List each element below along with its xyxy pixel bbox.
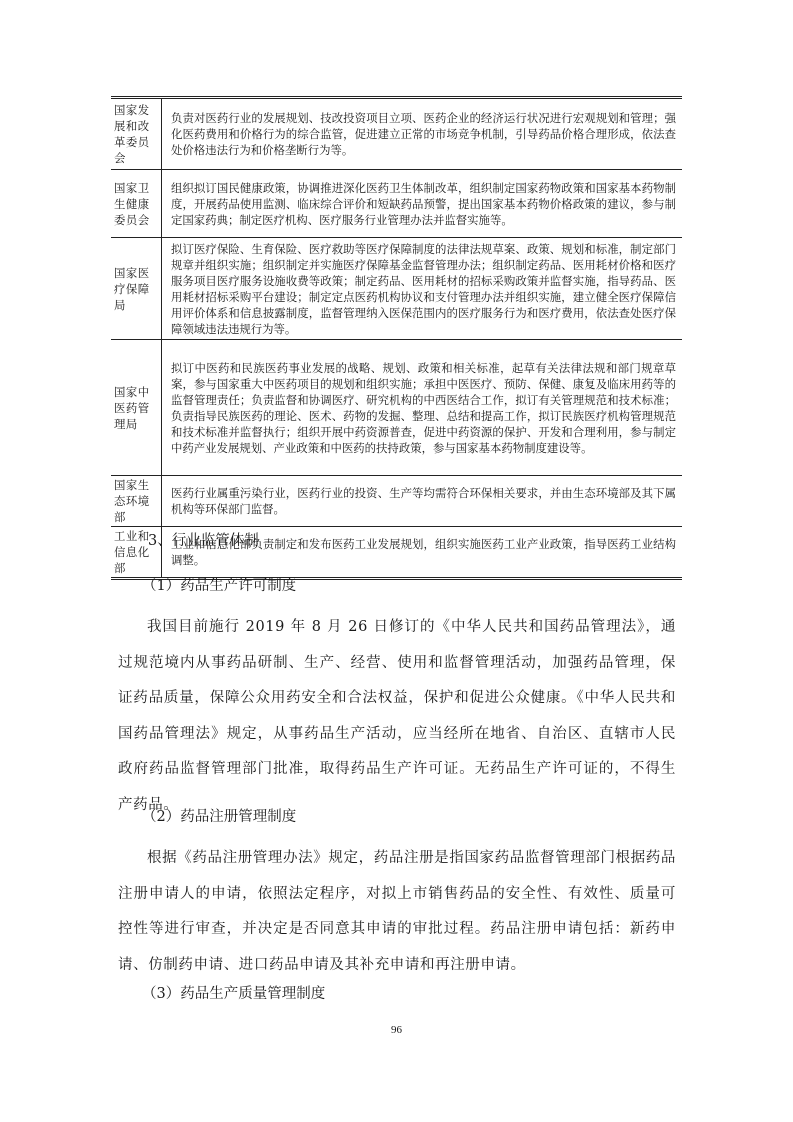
duty-cell: 拟订中医药和民族医药事业发展的战略、规划、政策和相关标准，起草有关法律法规和部门… bbox=[162, 340, 683, 476]
duty-cell: 拟订医疗保险、生育保险、医疗救助等医疗保障制度的法律法规草案、政策、规划和标准，… bbox=[162, 238, 683, 340]
agency-cell: 国家中医药管理局 bbox=[111, 340, 162, 476]
duty-cell: 组织拟订国民健康政策，协调推进深化医药卫生体制改革，组织制定国家药物政策和国家基… bbox=[162, 170, 683, 238]
body-paragraph: 我国目前施行 2019 年 8 月 26 日修订的《中华人民共和国药品管理法》，… bbox=[118, 610, 676, 823]
agency-cell: 国家发展和改革委员会 bbox=[111, 98, 162, 170]
table-row: 国家卫生健康委员会 组织拟订国民健康政策，协调推进深化医药卫生体制改革，组织制定… bbox=[111, 170, 682, 238]
agency-cell: 国家生态环境部 bbox=[111, 476, 162, 527]
agency-cell: 国家卫生健康委员会 bbox=[111, 170, 162, 238]
document-page: 国家发展和改革委员会 负责对医药行业的发展规划、技改投资项目立项、医药企业的经济… bbox=[0, 0, 793, 1122]
subsection-title: （2）药品注册管理制度 bbox=[142, 807, 296, 827]
table-row: 国家医疗保障局 拟订医疗保险、生育保险、医疗救助等医疗保障制度的法律法规草案、政… bbox=[111, 238, 682, 340]
section-heading: 3、行业监管体制 bbox=[148, 531, 259, 551]
table-row: 国家生态环境部 医药行业属重污染行业，医药行业的投资、生产等均需符合环保相关要求… bbox=[111, 476, 682, 527]
table-row: 国家发展和改革委员会 负责对医药行业的发展规划、技改投资项目立项、医药企业的经济… bbox=[111, 98, 682, 170]
regulatory-agencies-table: 国家发展和改革委员会 负责对医药行业的发展规划、技改投资项目立项、医药企业的经济… bbox=[111, 96, 682, 580]
body-paragraph: 根据《药品注册管理办法》规定，药品注册是指国家药品监督管理部门根据药品注册申请人… bbox=[118, 841, 676, 983]
duty-cell: 医药行业属重污染行业，医药行业的投资、生产等均需符合环保相关要求，并由生态环境部… bbox=[162, 476, 683, 527]
subsection-title: （3）药品生产质量管理制度 bbox=[142, 984, 325, 1004]
agency-cell: 国家医疗保障局 bbox=[111, 238, 162, 340]
subsection-title: （1）药品生产许可制度 bbox=[142, 576, 296, 596]
page-number: 96 bbox=[0, 1024, 793, 1036]
duty-cell: 负责对医药行业的发展规划、技改投资项目立项、医药企业的经济运行状况进行宏观规划和… bbox=[162, 98, 683, 170]
table-row: 国家中医药管理局 拟订中医药和民族医药事业发展的战略、规划、政策和相关标准，起草… bbox=[111, 340, 682, 476]
